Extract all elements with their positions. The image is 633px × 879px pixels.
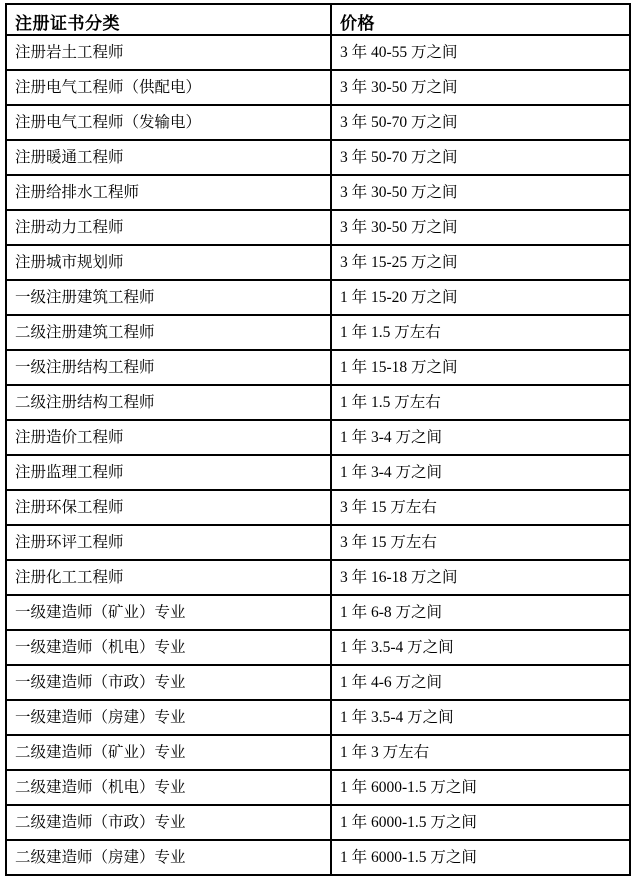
price-cell: 1 年 6000-1.5 万之间 bbox=[331, 770, 630, 805]
table-row: 二级注册结构工程师1 年 1.5 万左右 bbox=[6, 385, 630, 420]
price-cell: 1 年 3-4 万之间 bbox=[331, 420, 630, 455]
price-cell: 1 年 15-18 万之间 bbox=[331, 350, 630, 385]
category-cell: 注册化工工程师 bbox=[6, 560, 331, 595]
table-row: 一级建造师（房建）专业1 年 3.5-4 万之间 bbox=[6, 700, 630, 735]
category-cell: 一级注册结构工程师 bbox=[6, 350, 331, 385]
category-cell: 注册给排水工程师 bbox=[6, 175, 331, 210]
price-cell: 1 年 3.5-4 万之间 bbox=[331, 700, 630, 735]
category-cell: 注册动力工程师 bbox=[6, 210, 331, 245]
category-cell: 二级建造师（机电）专业 bbox=[6, 770, 331, 805]
price-cell: 3 年 30-50 万之间 bbox=[331, 210, 630, 245]
table-row: 注册化工工程师3 年 16-18 万之间 bbox=[6, 560, 630, 595]
table-row: 一级建造师（机电）专业1 年 3.5-4 万之间 bbox=[6, 630, 630, 665]
category-cell: 一级注册建筑工程师 bbox=[6, 280, 331, 315]
table-header-row: 注册证书分类 价格 bbox=[6, 4, 630, 35]
category-cell: 注册电气工程师（发输电） bbox=[6, 105, 331, 140]
price-cell: 3 年 15 万左右 bbox=[331, 490, 630, 525]
table-row: 二级建造师（矿业）专业1 年 3 万左右 bbox=[6, 735, 630, 770]
table-row: 二级注册建筑工程师1 年 1.5 万左右 bbox=[6, 315, 630, 350]
category-cell: 注册电气工程师（供配电） bbox=[6, 70, 331, 105]
category-cell: 二级建造师（市政）专业 bbox=[6, 805, 331, 840]
price-cell: 1 年 6-8 万之间 bbox=[331, 595, 630, 630]
price-cell: 3 年 40-55 万之间 bbox=[331, 35, 630, 70]
table-row: 注册造价工程师1 年 3-4 万之间 bbox=[6, 420, 630, 455]
price-cell: 1 年 6000-1.5 万之间 bbox=[331, 840, 630, 875]
category-cell: 一级建造师（市政）专业 bbox=[6, 665, 331, 700]
price-cell: 3 年 15-25 万之间 bbox=[331, 245, 630, 280]
price-cell: 1 年 3-4 万之间 bbox=[331, 455, 630, 490]
price-cell: 1 年 4-6 万之间 bbox=[331, 665, 630, 700]
price-cell: 1 年 1.5 万左右 bbox=[331, 315, 630, 350]
table-row: 注册环保工程师3 年 15 万左右 bbox=[6, 490, 630, 525]
table-row: 注册电气工程师（发输电）3 年 50-70 万之间 bbox=[6, 105, 630, 140]
table-row: 注册给排水工程师3 年 30-50 万之间 bbox=[6, 175, 630, 210]
category-cell: 注册暖通工程师 bbox=[6, 140, 331, 175]
category-cell: 注册城市规划师 bbox=[6, 245, 331, 280]
table-header-row-group: 注册证书分类 价格 bbox=[6, 4, 630, 35]
certificate-price-table: 注册证书分类 价格 注册岩土工程师3 年 40-55 万之间注册电气工程师（供配… bbox=[5, 3, 631, 876]
price-cell: 3 年 30-50 万之间 bbox=[331, 175, 630, 210]
price-cell: 3 年 15 万左右 bbox=[331, 525, 630, 560]
table-row: 一级注册建筑工程师1 年 15-20 万之间 bbox=[6, 280, 630, 315]
price-cell: 3 年 30-50 万之间 bbox=[331, 70, 630, 105]
category-cell: 一级建造师（矿业）专业 bbox=[6, 595, 331, 630]
table-row: 二级建造师（房建）专业1 年 6000-1.5 万之间 bbox=[6, 840, 630, 875]
table-row: 一级建造师（矿业）专业1 年 6-8 万之间 bbox=[6, 595, 630, 630]
table-row: 注册暖通工程师3 年 50-70 万之间 bbox=[6, 140, 630, 175]
table-row: 一级建造师（市政）专业1 年 4-6 万之间 bbox=[6, 665, 630, 700]
price-cell: 3 年 50-70 万之间 bbox=[331, 140, 630, 175]
category-cell: 注册监理工程师 bbox=[6, 455, 331, 490]
table-row: 注册环评工程师3 年 15 万左右 bbox=[6, 525, 630, 560]
price-cell: 1 年 3.5-4 万之间 bbox=[331, 630, 630, 665]
category-cell: 一级建造师（房建）专业 bbox=[6, 700, 331, 735]
table-row: 注册电气工程师（供配电）3 年 30-50 万之间 bbox=[6, 70, 630, 105]
table-row: 二级建造师（机电）专业1 年 6000-1.5 万之间 bbox=[6, 770, 630, 805]
price-cell: 1 年 3 万左右 bbox=[331, 735, 630, 770]
category-cell: 一级建造师（机电）专业 bbox=[6, 630, 331, 665]
table-body: 注册岩土工程师3 年 40-55 万之间注册电气工程师（供配电）3 年 30-5… bbox=[6, 35, 630, 875]
column-header-price: 价格 bbox=[331, 4, 630, 35]
price-cell: 1 年 15-20 万之间 bbox=[331, 280, 630, 315]
table-row: 二级建造师（市政）专业1 年 6000-1.5 万之间 bbox=[6, 805, 630, 840]
category-cell: 二级建造师（房建）专业 bbox=[6, 840, 331, 875]
category-cell: 注册环评工程师 bbox=[6, 525, 331, 560]
price-cell: 1 年 6000-1.5 万之间 bbox=[331, 805, 630, 840]
category-cell: 二级注册结构工程师 bbox=[6, 385, 331, 420]
table-row: 注册动力工程师3 年 30-50 万之间 bbox=[6, 210, 630, 245]
category-cell: 二级建造师（矿业）专业 bbox=[6, 735, 331, 770]
table-row: 一级注册结构工程师1 年 15-18 万之间 bbox=[6, 350, 630, 385]
table-row: 注册岩土工程师3 年 40-55 万之间 bbox=[6, 35, 630, 70]
table-row: 注册监理工程师1 年 3-4 万之间 bbox=[6, 455, 630, 490]
table-row: 注册城市规划师3 年 15-25 万之间 bbox=[6, 245, 630, 280]
price-cell: 3 年 50-70 万之间 bbox=[331, 105, 630, 140]
price-cell: 3 年 16-18 万之间 bbox=[331, 560, 630, 595]
price-cell: 1 年 1.5 万左右 bbox=[331, 385, 630, 420]
category-cell: 注册环保工程师 bbox=[6, 490, 331, 525]
category-cell: 二级注册建筑工程师 bbox=[6, 315, 331, 350]
category-cell: 注册岩土工程师 bbox=[6, 35, 331, 70]
column-header-category: 注册证书分类 bbox=[6, 4, 331, 35]
category-cell: 注册造价工程师 bbox=[6, 420, 331, 455]
